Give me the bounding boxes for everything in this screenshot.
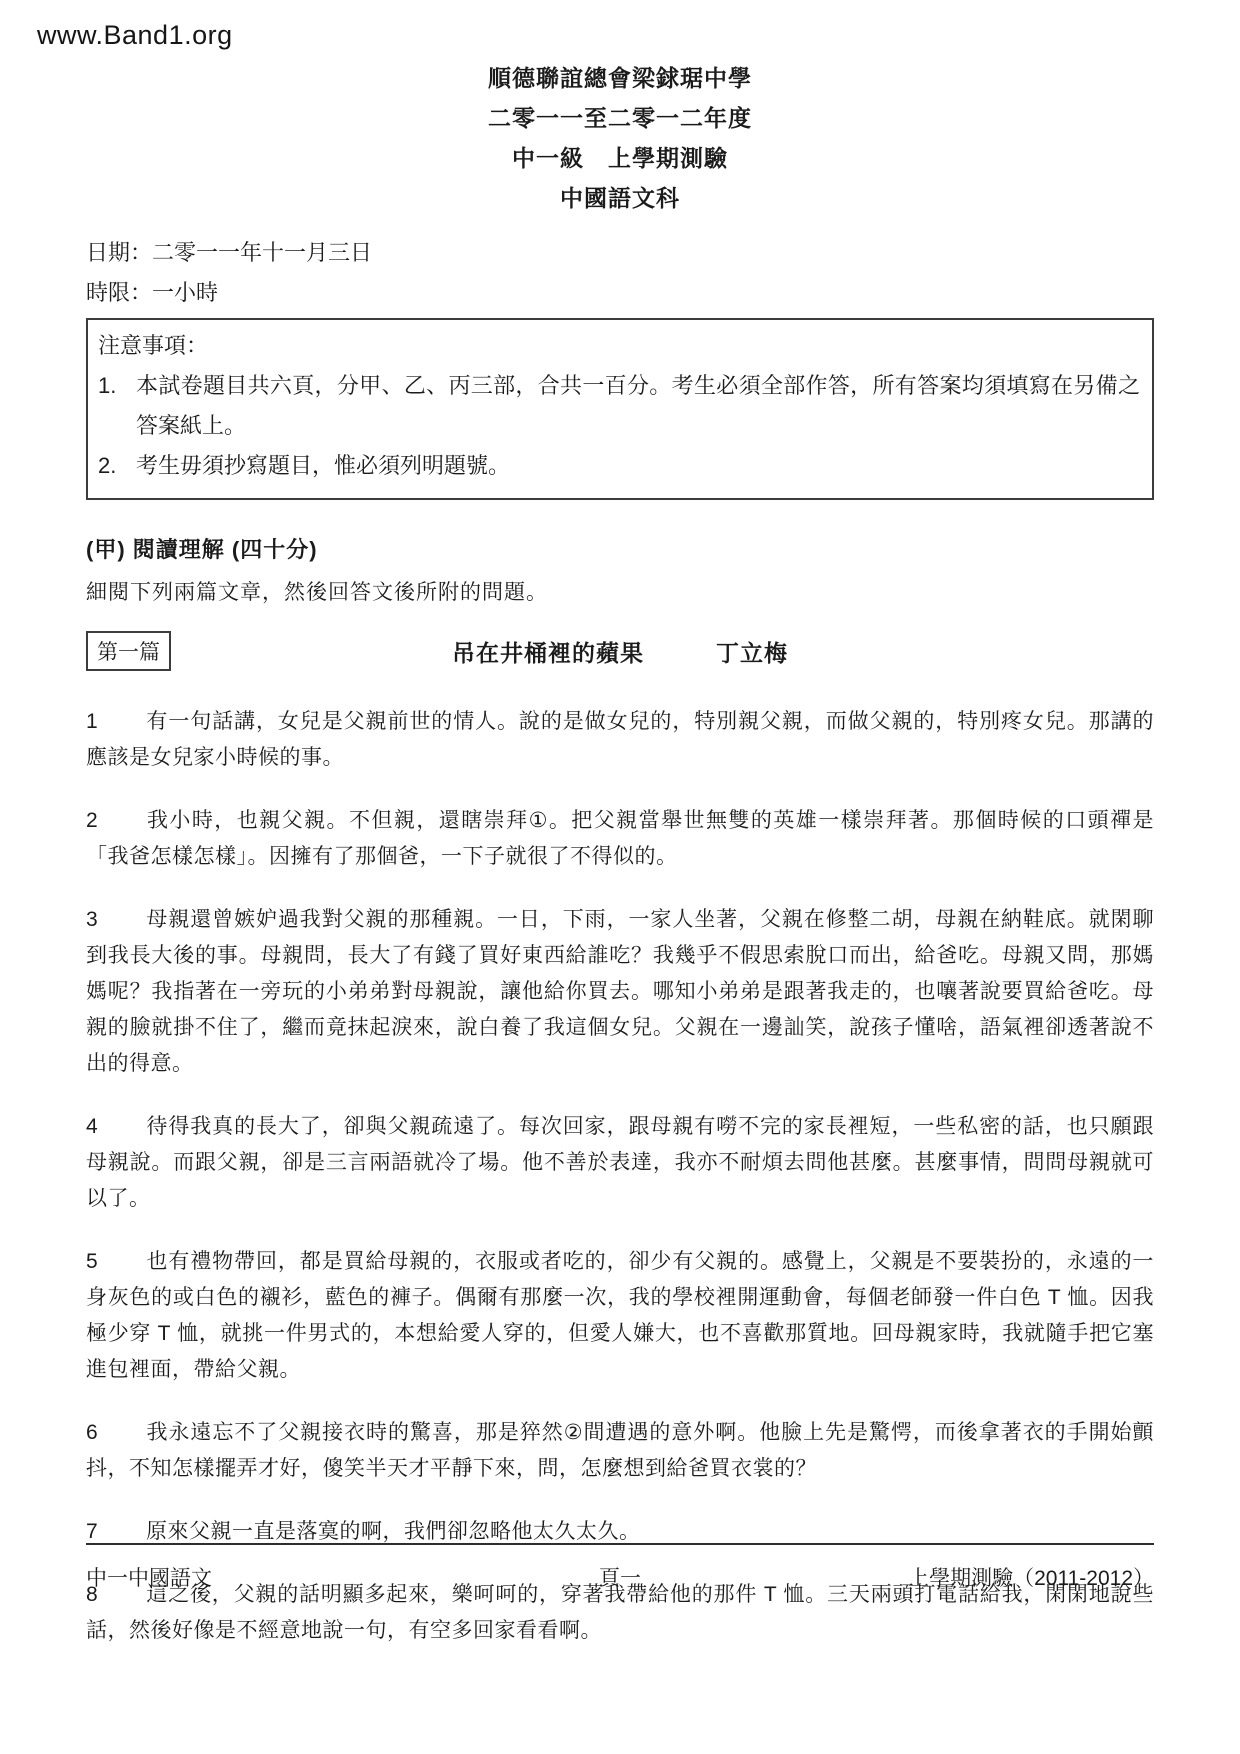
- paragraph-number: 6: [86, 1415, 146, 1451]
- paragraph-number: 4: [86, 1109, 146, 1145]
- notice-item-number: 1.: [98, 366, 136, 446]
- passage-paragraph: 3母親還曾嫉妒過我對父親的那種親。一日，下雨，一家人坐著，父親在修整二胡，母親在…: [86, 902, 1154, 1082]
- notice-title: 注意事項：: [98, 326, 1140, 366]
- notice-item: 2. 考生毋須抄寫題目，惟必須列明題號。: [98, 446, 1140, 486]
- school-year: 二零一一至二零一二年度: [86, 98, 1154, 138]
- passage-title: 吊在井桶裡的蘋果: [452, 640, 644, 666]
- notice-item-text: 考生毋須抄寫題目，惟必須列明題號。: [136, 446, 1140, 486]
- page-content: 順德聯誼總會梁銶琚中學 二零一一至二零一二年度 中一級 上學期測驗 中國語文科 …: [0, 0, 1240, 1649]
- passage-paragraph: 5也有禮物帶回，都是買給母親的，衣服或者吃的，卻少有父親的。感覺上，父親是不要裝…: [86, 1244, 1154, 1388]
- exam-duration: 時限：一小時: [86, 273, 1154, 313]
- exam-date: 日期：二零一一年十一月三日: [86, 233, 1154, 273]
- paragraph-number: 1: [86, 704, 146, 740]
- notice-box: 注意事項： 1. 本試卷題目共六頁，分甲、乙、丙三部，合共一百分。考生必須全部作…: [86, 318, 1154, 500]
- passage-paragraph: 6我永遠忘不了父親接衣時的驚喜，那是猝然②間遭遇的意外啊。他臉上先是驚愕，而後拿…: [86, 1415, 1154, 1487]
- notice-item: 1. 本試卷題目共六頁，分甲、乙、丙三部，合共一百分。考生必須全部作答，所有答案…: [98, 366, 1140, 446]
- document-header: 順德聯誼總會梁銶琚中學 二零一一至二零一二年度 中一級 上學期測驗 中國語文科: [86, 58, 1154, 218]
- footer-exam-session: 上學期測驗（2011-2012）: [908, 1562, 1154, 1592]
- footer-page-number: 頁一: [599, 1562, 641, 1592]
- section-a-heading: (甲) 閱讀理解 (四十分): [86, 533, 1154, 564]
- paragraph-text: 我小時，也親父親。不但親，還瞎崇拜①。把父親當舉世無雙的英雄一樣崇拜著。那個時候…: [86, 809, 1154, 868]
- exam-title: 中一級 上學期測驗: [86, 138, 1154, 178]
- section-a-instruction: 細閱下列兩篇文章，然後回答文後所附的問題。: [86, 576, 1154, 606]
- passage-title-row: 吊在井桶裡的蘋果丁立梅: [86, 635, 1154, 668]
- paragraph-text: 母親還曾嫉妒過我對父親的那種親。一日，下雨，一家人坐著，父親在修整二胡，母親在納…: [86, 908, 1154, 1075]
- paragraph-text: 有一句話講，女兒是父親前世的情人。說的是做女兒的，特別親父親，而做父親的，特別疼…: [86, 710, 1154, 769]
- exam-meta: 日期：二零一一年十一月三日 時限：一小時: [86, 233, 1154, 313]
- paragraph-number: 3: [86, 902, 146, 938]
- notice-item-number: 2.: [98, 446, 136, 486]
- passage-label: 第一篇: [86, 631, 171, 671]
- passage-author: 丁立梅: [716, 640, 788, 666]
- paragraph-text: 也有禮物帶回，都是買給母親的，衣服或者吃的，卻少有父親的。感覺上，父親是不要裝扮…: [86, 1250, 1154, 1381]
- passage-header: 第一篇 吊在井桶裡的蘋果丁立梅: [86, 631, 1154, 677]
- passage-paragraph: 2我小時，也親父親。不但親，還瞎崇拜①。把父親當舉世無雙的英雄一樣崇拜著。那個時…: [86, 803, 1154, 875]
- paragraph-text: 我永遠忘不了父親接衣時的驚喜，那是猝然②間遭遇的意外啊。他臉上先是驚愕，而後拿著…: [86, 1421, 1154, 1480]
- paragraph-text: 待得我真的長大了，卻與父親疏遠了。每次回家，跟母親有嘮不完的家長裡短，一些私密的…: [86, 1115, 1154, 1210]
- paragraph-number: 2: [86, 803, 146, 839]
- page-footer: 中一中國語文 頁一 上學期測驗（2011-2012）: [86, 1543, 1154, 1592]
- notice-item-text: 本試卷題目共六頁，分甲、乙、丙三部，合共一百分。考生必須全部作答，所有答案均須填…: [136, 366, 1140, 446]
- subject-title: 中國語文科: [86, 178, 1154, 218]
- footer-course: 中一中國語文: [86, 1562, 212, 1592]
- school-name: 順德聯誼總會梁銶琚中學: [86, 58, 1154, 98]
- passage-paragraph: 1有一句話講，女兒是父親前世的情人。說的是做女兒的，特別親父親，而做父親的，特別…: [86, 704, 1154, 776]
- paragraph-text: 原來父親一直是落寞的啊，我們卻忽略他太久太久。: [146, 1520, 641, 1543]
- paragraph-number: 5: [86, 1244, 146, 1280]
- passage-paragraph: 4待得我真的長大了，卻與父親疏遠了。每次回家，跟母親有嘮不完的家長裡短，一些私密…: [86, 1109, 1154, 1217]
- site-watermark: www.Band1.org: [37, 20, 233, 51]
